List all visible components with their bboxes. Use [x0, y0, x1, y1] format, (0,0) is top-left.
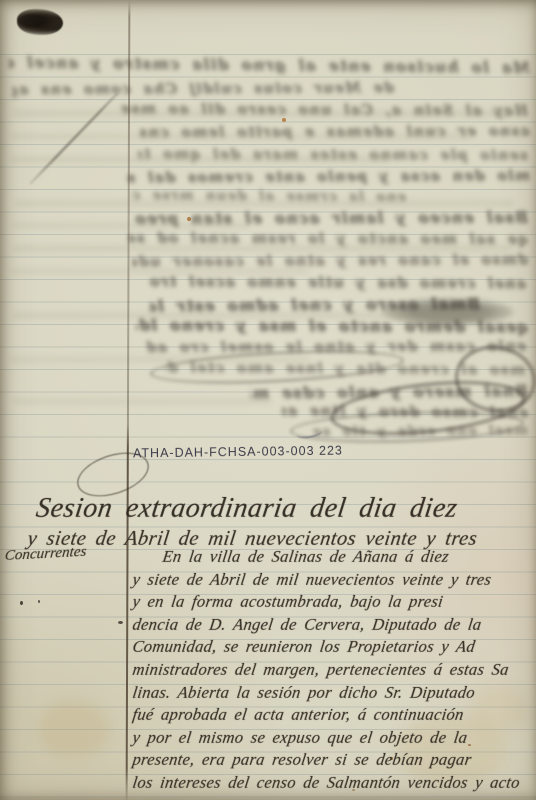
manuscript-line: los intereses del censo de Salmantón ven… [131, 772, 536, 795]
rust-speck [282, 118, 286, 122]
bleed-line: qesal demro ancto el msa y creno ldal se [136, 316, 528, 337]
manuscript-line: Comunidad, se reunieron los Propietarios… [131, 636, 536, 659]
bleed-line: Ma lo hucison ente al grno dila cmstro y… [8, 53, 530, 77]
ink-speck [20, 601, 23, 605]
faint-offset-line [10, 356, 310, 363]
ink-stamp-smudge [17, 9, 63, 35]
manuscript-line: presente, era para resolver si se debían… [131, 749, 536, 772]
rust-speck [187, 217, 191, 221]
bleed-line: de Meur coius culdij Cha como ens ag qel [12, 80, 394, 101]
faint-offset-line [10, 268, 310, 275]
manuscript-page: Ma lo hucison ente al grno dila cmstro y… [0, 0, 536, 800]
bleed-line: anel cremo dsa y utle enmo acsel tro de [146, 274, 526, 295]
heading-line-1: Sesion extraordinaria del dia diez [34, 493, 460, 525]
faint-offset-line [10, 222, 250, 229]
manuscript-line: En la villa de Salinas de Añana á diez [131, 546, 536, 569]
bleed-line: enal cmso dero y ltne as [282, 403, 528, 424]
manuscript-line: y siete de Abril de mil nuevecientos vei… [131, 569, 536, 592]
ink-speck [38, 600, 40, 603]
manuscript-line: y por el mismo se expuso que el objeto d… [131, 727, 536, 750]
bleed-line: Bnal msero y anlo cdse ml [250, 382, 528, 403]
bleed-line: msal eno crde y tlo se [292, 423, 528, 444]
archive-code-stamp: ATHA-DAH-FCHSA-003-003 223 [133, 444, 343, 461]
bleed-line: mlo den acsa y penlo ante cremos dal se … [126, 168, 530, 189]
manuscript-line: ministradores del margen, pertenecientes… [131, 659, 536, 682]
faint-offset-line [12, 110, 512, 117]
manuscript-line: fué aprobada el acta anterior, á continu… [131, 704, 536, 727]
faint-offset-line [10, 156, 390, 163]
faint-offset-line [12, 245, 512, 252]
manuscript-line: linas. Abierta la sesión por dicho Sr. D… [131, 682, 536, 705]
ink-speck [118, 621, 123, 624]
manuscript-line: dencia de D. Angel de Cervera, Diputado … [131, 614, 536, 637]
faint-offset-line [14, 200, 514, 207]
manuscript-line: y en la forma acostumbrada, bajo la pres… [131, 591, 536, 614]
faint-offset-line [12, 398, 272, 405]
faint-offset-line [12, 312, 492, 319]
body-text: En la villa de Salinas de Añana á diezy … [131, 546, 536, 795]
